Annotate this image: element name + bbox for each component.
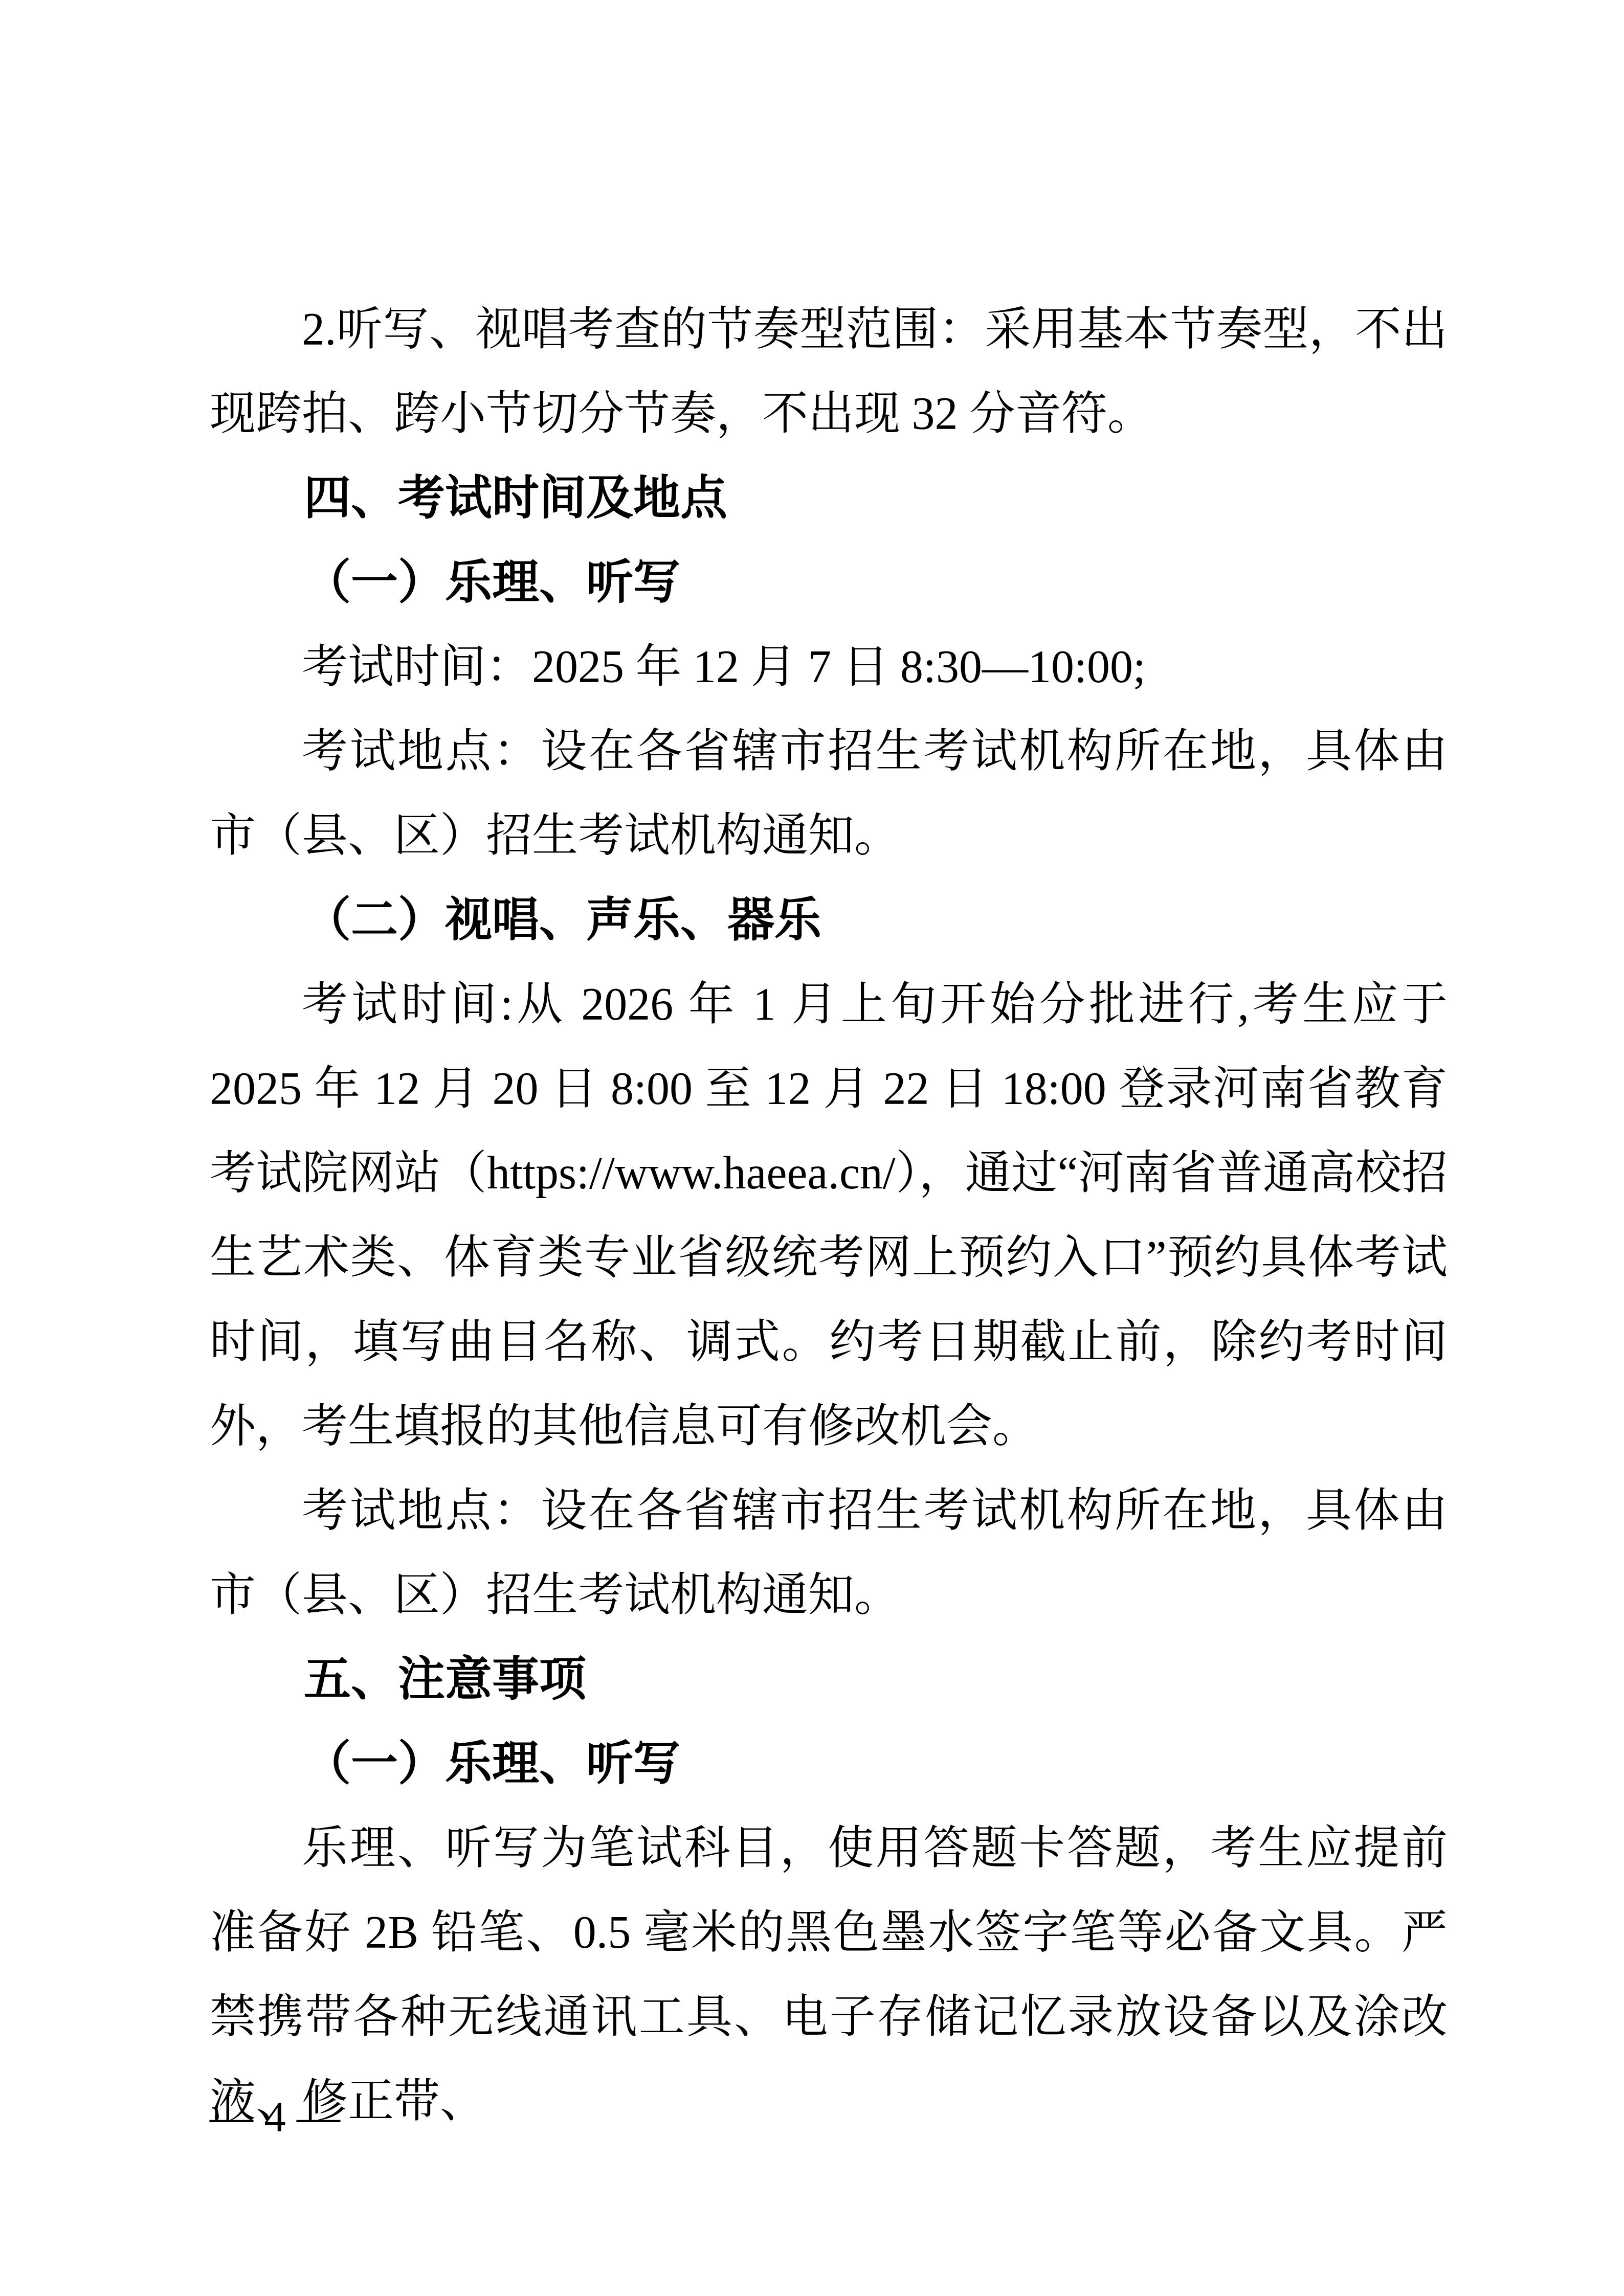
page-number: — 4 — [210,2089,340,2145]
paragraph-written-exam-stationery-rules: 乐理、听写为笔试科目，使用答题卡答题，考生应提前准备好 2B 铅笔、0.5 毫米… [210,1806,1448,2144]
heading-sub-2-sightsinging-vocal-instrumental: （二）视唱、声乐、器乐 [210,878,1448,962]
document-page: 2.听写、视唱考查的节奏型范围：采用基本节奏型，不出现跨拍、跨小节切分节奏，不出… [0,0,1624,2296]
paragraph-exam-location-theory-dictation: 考试地点：设在各省辖市招生考试机构所在地，具体由市（县、区）招生考试机构通知。 [210,709,1448,878]
paragraph-exam-time-theory-dictation: 考试时间：2025 年 12 月 7 日 8:30—10:00; [210,625,1448,709]
heading-sub-1-music-theory-dictation-notes: （一）乐理、听写 [210,1722,1448,1806]
heading-section-4-exam-time-and-location: 四、考试时间及地点 [210,456,1448,541]
heading-section-5-notes: 五、注意事项 [210,1637,1448,1722]
document-body: 2.听写、视唱考查的节奏型范围：采用基本节奏型，不出现跨拍、跨小节切分节奏，不出… [210,287,1448,2144]
paragraph-exam-location-sightsinging: 考试地点：设在各省辖市招生考试机构所在地，具体由市（县、区）招生考试机构通知。 [210,1469,1448,1637]
heading-sub-1-music-theory-dictation: （一）乐理、听写 [210,541,1448,625]
paragraph-exam-time-sightsinging-booking: 考试时间:从 2026 年 1 月上旬开始分批进行,考生应于 2025 年 12… [210,962,1448,1469]
paragraph-dictation-rhythm-scope: 2.听写、视唱考查的节奏型范围：采用基本节奏型，不出现跨拍、跨小节切分节奏，不出… [210,287,1448,456]
